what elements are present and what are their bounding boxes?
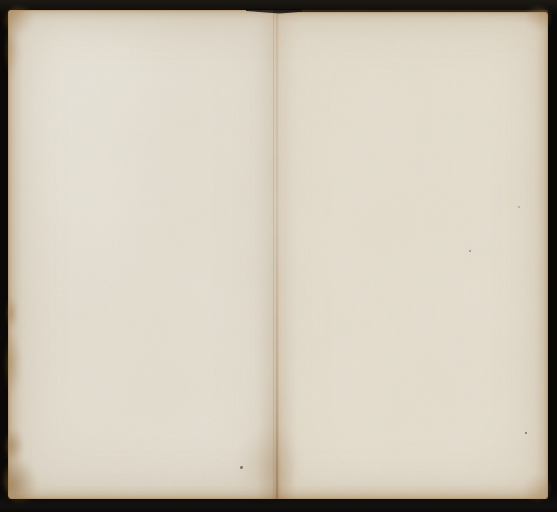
- speck: [518, 206, 520, 208]
- right-page: [273, 12, 548, 499]
- left-page: [8, 10, 274, 499]
- speck: [525, 432, 527, 434]
- speck: [240, 466, 243, 469]
- document-spread: [8, 10, 548, 499]
- scan-background: [0, 0, 557, 512]
- speck: [469, 250, 471, 252]
